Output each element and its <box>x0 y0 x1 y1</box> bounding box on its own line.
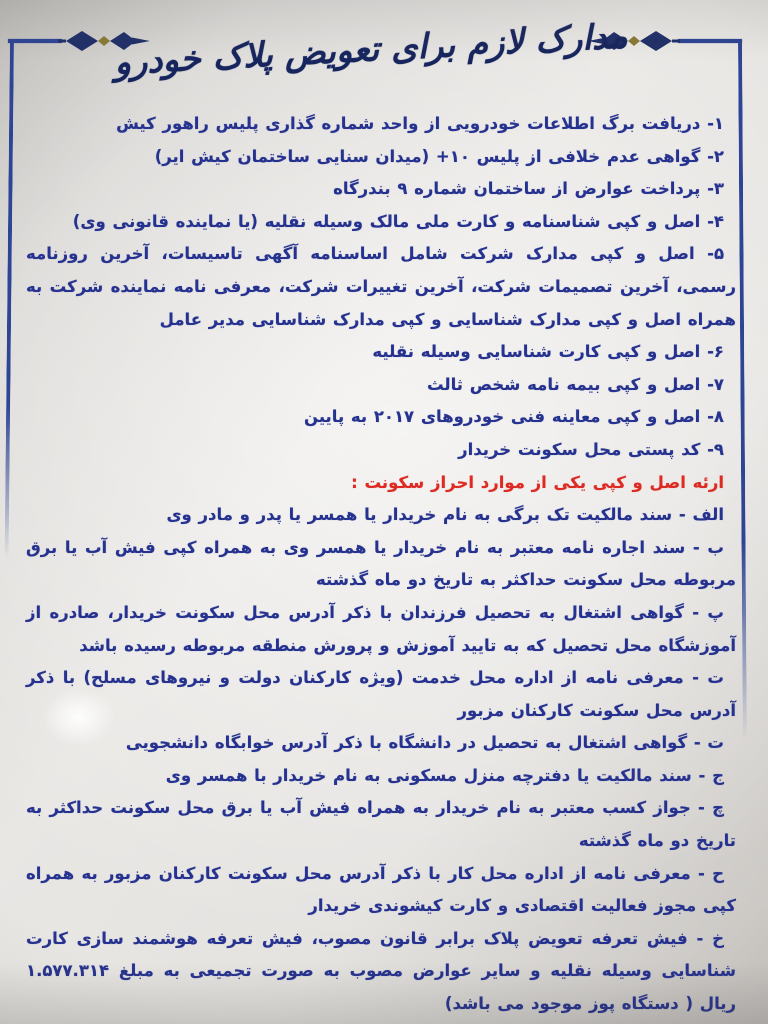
item-label: خ - <box>688 929 724 948</box>
residence-proof-heading: ارئه اصل و کپی یکی از موارد احراز سکونت … <box>26 467 736 500</box>
item-label: ت - <box>684 668 724 687</box>
requirement-item: ۹- کد پستی محل سکونت خریدار <box>26 434 736 467</box>
item-label: ح - <box>691 864 724 883</box>
item-label: پ - <box>684 603 724 622</box>
frame-border-left <box>5 39 14 559</box>
item-text: اصل و کپی بیمه نامه شخص ثالث <box>427 375 700 394</box>
item-label: ج - <box>692 766 724 785</box>
item-label: ۶- <box>700 342 724 361</box>
frame-border-top-left <box>8 39 62 43</box>
requirement-item: ۶- اصل و کپی کارت شناسایی وسیله نقلیه <box>26 336 736 369</box>
item-text: پرداخت عوارض از ساختمان شماره ۹ بندرگاه <box>333 179 700 198</box>
item-text: اصل و کپی شناسنامه و کارت ملی مالک وسیله… <box>73 212 701 231</box>
page-title: مدارک لازم برای تعویض پلاک خودرو <box>139 5 630 92</box>
requirement-item: خ - فیش تعرفه تعویض پلاک برابر قانون مصو… <box>26 923 736 1021</box>
requirement-item: ت - گواهی اشتغال به تحصیل در دانشگاه با … <box>26 727 736 760</box>
requirement-item: ۸- اصل و کپی معاینه فنی خودروهای ۲۰۱۷ به… <box>26 401 736 434</box>
requirement-item: ح - معرفی نامه از اداره محل کار با ذکر آ… <box>26 858 736 923</box>
item-text: اصل و کپی مدارک شرکت شامل اساسنامه آگهی … <box>26 244 736 328</box>
frame-border-top-right <box>678 39 742 43</box>
item-label: ۸- <box>700 407 724 426</box>
requirement-item: ۵- اصل و کپی مدارک شرکت شامل اساسنامه آگ… <box>26 238 736 336</box>
item-label: چ - <box>691 798 724 817</box>
item-text: گواهی اشتغال به تحصیل در دانشگاه با ذکر … <box>126 733 687 752</box>
requirement-item: ۷- اصل و کپی بیمه نامه شخص ثالث <box>26 369 736 402</box>
item-text: گواهی عدم خلافی از پلیس ۱۰+ (میدان سنایی… <box>155 147 701 166</box>
item-label: ب - <box>685 538 724 557</box>
item-label: ت - <box>687 733 724 752</box>
item-text: کد پستی محل سکونت خریدار <box>458 440 700 459</box>
document-photo: مدارک لازم برای تعویض پلاک خودرو ۱- دریا… <box>0 0 768 1024</box>
requirement-item: الف - سند مالکیت تک برگی به نام خریدار ی… <box>26 499 736 532</box>
requirement-item: چ - جواز کسب معتبر به نام خریدار به همرا… <box>26 792 736 857</box>
item-label: ۷- <box>700 375 724 394</box>
item-label: ۲- <box>700 147 724 166</box>
item-text: سند مالکیت تک برگی به نام خریدار یا همسر… <box>166 505 672 524</box>
item-text: گواهی اشتغال به تحصیل فرزندان با ذکر آدر… <box>26 603 736 655</box>
item-label: ۹- <box>700 440 724 459</box>
item-text: دریافت برگ اطلاعات خودرویی از واحد شماره… <box>116 114 700 133</box>
item-text: سند اجاره نامه معتبر به نام خریدار یا هم… <box>26 538 736 590</box>
requirement-item: ۴- اصل و کپی شناسنامه و کارت ملی مالک وس… <box>26 206 736 239</box>
item-text: جواز کسب معتبر به نام خریدار به همراه فی… <box>26 798 736 850</box>
item-text: اصل و کپی معاینه فنی خودروهای ۲۰۱۷ به پا… <box>304 407 700 426</box>
item-text: معرفی نامه از اداره محل خدمت (ویژه کارکن… <box>26 668 736 720</box>
requirement-item: ب - سند اجاره نامه معتبر به نام خریدار ی… <box>26 532 736 597</box>
item-label: ۱- <box>700 114 724 133</box>
item-label: ۵- <box>695 244 724 263</box>
item-text: معرفی نامه از اداره محل کار با ذکر آدرس … <box>26 864 736 916</box>
item-label: ۴- <box>700 212 724 231</box>
item-text: اصل و کپی کارت شناسایی وسیله نقلیه <box>372 342 700 361</box>
requirement-item: ۲- گواهی عدم خلافی از پلیس ۱۰+ (میدان سن… <box>26 141 736 174</box>
requirement-item: ج - سند مالکیت یا دفترچه منزل مسکونی به … <box>26 760 736 793</box>
requirement-item: ۱- دریافت برگ اطلاعات خودرویی از واحد شم… <box>26 108 736 141</box>
requirement-item: ۳- پرداخت عوارض از ساختمان شماره ۹ بندرگ… <box>26 173 736 206</box>
frame-border-right <box>738 39 747 739</box>
item-text: سند مالکیت یا دفترچه منزل مسکونی به نام … <box>166 766 692 785</box>
document-body: ۱- دریافت برگ اطلاعات خودرویی از واحد شم… <box>26 108 736 1021</box>
requirement-item: پ - گواهی اشتغال به تحصیل فرزندان با ذکر… <box>26 597 736 662</box>
item-label: الف - <box>672 505 724 524</box>
item-label: ۳- <box>700 179 724 198</box>
requirement-item: ت - معرفی نامه از اداره محل خدمت (ویژه ک… <box>26 662 736 727</box>
item-text: ارئه اصل و کپی یکی از موارد احراز سکونت … <box>351 473 724 492</box>
item-text: فیش تعرفه تعویض پلاک برابر قانون مصوب، ف… <box>26 929 736 1013</box>
